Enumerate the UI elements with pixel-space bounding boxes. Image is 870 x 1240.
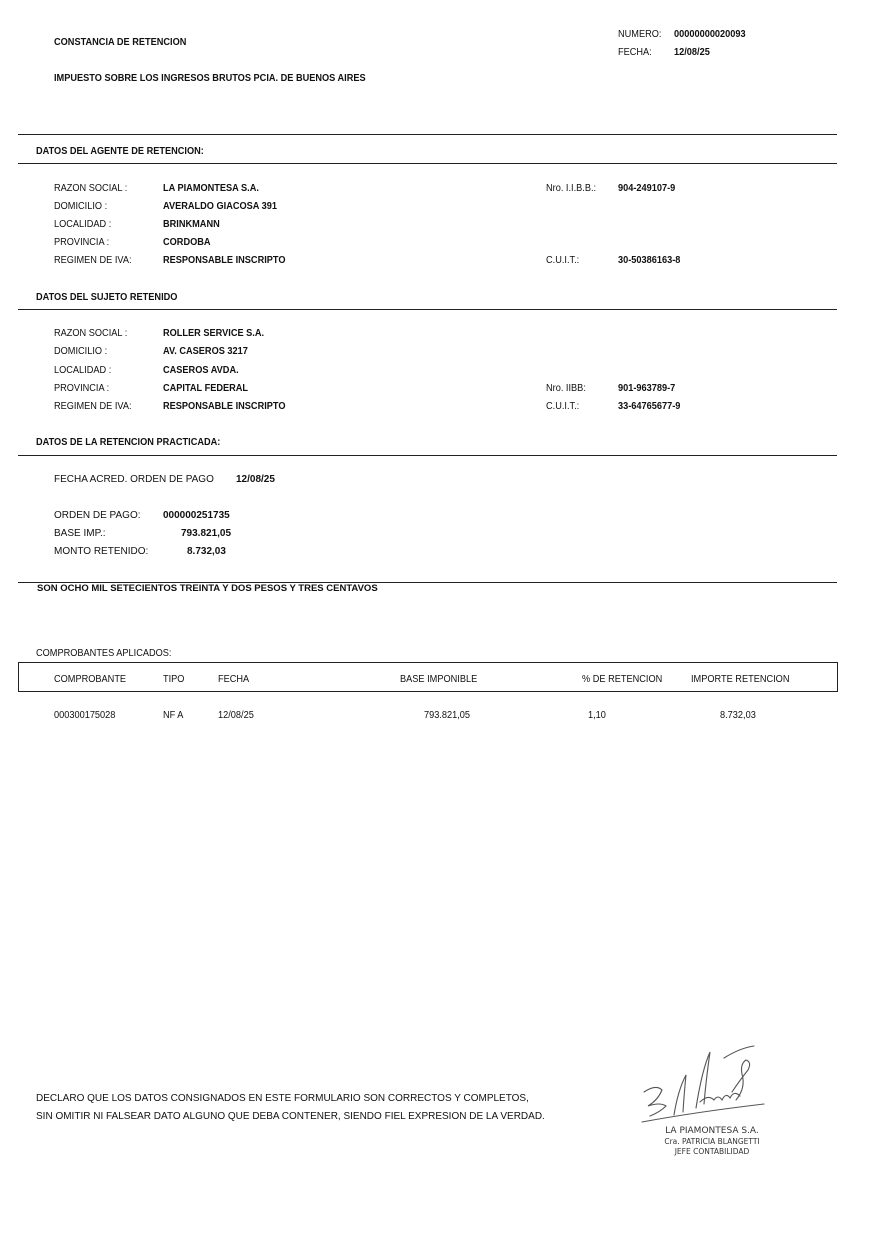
agente-label-domicilio: DOMICILIO :	[54, 201, 107, 212]
agente-provincia: CORDOBA	[163, 237, 211, 248]
agente-localidad: BRINKMANN	[163, 219, 220, 230]
fecha-value: 12/08/25	[674, 47, 710, 58]
col-header-fecha: FECHA	[218, 674, 249, 685]
sujeto-label-localidad: LOCALIDAD :	[54, 365, 111, 376]
sujeto-label-domicilio: DOMICILIO :	[54, 346, 107, 357]
sujeto-iibb-value: 901-963789-7	[618, 383, 675, 394]
declaracion-line-2: SIN OMITIR NI FALSEAR DATO ALGUNO QUE DE…	[36, 1111, 545, 1122]
agente-iibb-value: 904-249107-9	[618, 183, 675, 194]
numero-value: 00000000020093	[674, 29, 746, 40]
sujeto-razon-social: ROLLER SERVICE S.A.	[163, 328, 264, 339]
cell-importe-retencion: 8.732,03	[720, 710, 756, 721]
col-header-tipo: TIPO	[163, 674, 184, 685]
col-header-base-imponible: BASE IMPONIBLE	[400, 674, 477, 685]
agente-label-regimen-iva: REGIMEN DE IVA:	[54, 255, 132, 266]
sujeto-regimen-iva: RESPONSABLE INSCRIPTO	[163, 401, 286, 412]
handwritten-signature-icon	[636, 1040, 766, 1125]
agente-iibb-label: Nro. I.I.B.B.:	[546, 183, 596, 194]
agente-label-provincia: PROVINCIA :	[54, 237, 109, 248]
fecha-acred-value: 12/08/25	[236, 474, 275, 485]
fecha-label: FECHA:	[618, 47, 652, 58]
orden-pago-label: ORDEN DE PAGO:	[54, 510, 141, 521]
base-imp-value: 793.821,05	[181, 528, 231, 539]
comprobantes-section-title: COMPROBANTES APLICADOS:	[36, 648, 171, 659]
signature-company: LA PIAMONTESA S.A.	[656, 1126, 768, 1136]
col-header-porcentaje-retencion: % DE RETENCION	[582, 674, 662, 685]
orden-pago-value: 000000251735	[163, 510, 230, 521]
numero-label: NUMERO:	[618, 29, 661, 40]
document-subtitle: IMPUESTO SOBRE LOS INGRESOS BRUTOS PCIA.…	[54, 73, 366, 84]
monto-retenido-label: MONTO RETENIDO:	[54, 546, 148, 557]
signature-role: JEFE CONTABILIDAD	[656, 1147, 768, 1156]
cell-base-imponible: 793.821,05	[424, 710, 470, 721]
sujeto-localidad: CASEROS AVDA.	[163, 365, 239, 376]
divider	[18, 455, 837, 456]
agente-label-localidad: LOCALIDAD :	[54, 219, 111, 230]
divider	[18, 309, 837, 310]
monto-retenido-value: 8.732,03	[187, 546, 226, 557]
agente-domicilio: AVERALDO GIACOSA 391	[163, 201, 277, 212]
agente-razon-social: LA PIAMONTESA S.A.	[163, 183, 259, 194]
cell-comprobante: 000300175028	[54, 710, 115, 721]
signature-image	[636, 1040, 766, 1125]
agente-regimen-iva: RESPONSABLE INSCRIPTO	[163, 255, 286, 266]
agente-label-razon-social: RAZON SOCIAL :	[54, 183, 127, 194]
col-header-comprobante: COMPROBANTE	[54, 674, 126, 685]
sujeto-domicilio: AV. CASEROS 3217	[163, 346, 248, 357]
cell-fecha: 12/08/25	[218, 710, 254, 721]
sujeto-cuit-value: 33-64765677-9	[618, 401, 680, 412]
document-title: CONSTANCIA DE RETENCION	[54, 37, 186, 48]
agente-cuit-value: 30-50386163-8	[618, 255, 680, 266]
sujeto-label-razon-social: RAZON SOCIAL :	[54, 328, 127, 339]
sujeto-section-title: DATOS DEL SUJETO RETENIDO	[36, 292, 177, 303]
cell-tipo: NF A	[163, 710, 183, 721]
sujeto-provincia: CAPITAL FEDERAL	[163, 383, 248, 394]
retencion-section-title: DATOS DE LA RETENCION PRACTICADA:	[36, 437, 220, 448]
monto-en-letras: SON OCHO MIL SETECIENTOS TREINTA Y DOS P…	[37, 583, 378, 594]
sujeto-label-regimen-iva: REGIMEN DE IVA:	[54, 401, 132, 412]
sujeto-cuit-label: C.U.I.T.:	[546, 401, 579, 412]
cell-porcentaje-retencion: 1,10	[588, 710, 606, 721]
col-header-importe-retencion: IMPORTE RETENCION	[691, 674, 789, 685]
divider	[18, 163, 837, 164]
divider	[18, 134, 837, 135]
agente-section-title: DATOS DEL AGENTE DE RETENCION:	[36, 146, 204, 157]
agente-cuit-label: C.U.I.T.:	[546, 255, 579, 266]
declaracion-line-1: DECLARO QUE LOS DATOS CONSIGNADOS EN EST…	[36, 1093, 529, 1104]
sujeto-label-provincia: PROVINCIA :	[54, 383, 109, 394]
sujeto-iibb-label: Nro. IIBB:	[546, 383, 586, 394]
base-imp-label: BASE IMP.:	[54, 528, 106, 539]
signature-name: Cra. PATRICIA BLANGETTI	[656, 1137, 768, 1146]
fecha-acred-label: FECHA ACRED. ORDEN DE PAGO	[54, 474, 214, 485]
